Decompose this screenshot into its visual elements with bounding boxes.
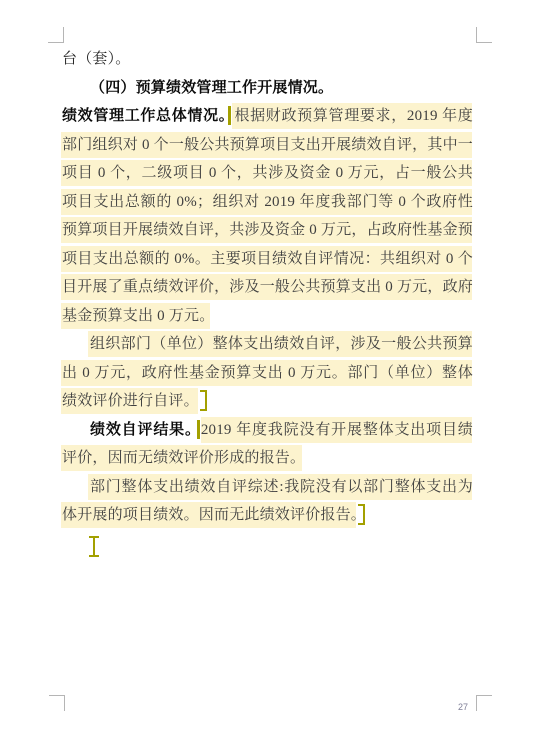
highlight-end-bracket-icon: [200, 390, 207, 411]
text-line[interactable]: 绩效管理工作总体情况。根据财政预算管理要求，2019 年度我: [62, 102, 473, 131]
text-line[interactable]: 部门组织对 0 个一般公共预算项目支出开展绩效自评，其中一级: [62, 131, 473, 160]
highlighted-text-segment: 绩效评价进行自评。: [62, 393, 199, 409]
text-line[interactable]: 绩效评价进行自评。: [62, 387, 473, 416]
text-run: （四）预算绩效管理工作开展情况。: [90, 74, 333, 103]
text-line[interactable]: 部门整体支出绩效自评综述:我院没有以部门整体支出为主: [62, 473, 473, 502]
document-page: 台（套）。（四）预算绩效管理工作开展情况。绩效管理工作总体情况。根据财政预算管理…: [0, 0, 533, 740]
text-run: 评价，因而无绩效评价形成的报告。: [62, 444, 305, 473]
highlighted-text-segment: 评价，因而无绩效评价形成的报告。: [62, 450, 305, 466]
highlight-start-mark-icon: [228, 106, 231, 125]
text-line[interactable]: 项目支出总额的 0%。主要项目绩效自评情况：共组织对 0 个项: [62, 245, 473, 274]
highlighted-text-segment: 项目 0 个，二级项目 0 个，共涉及资金 0 万元，占一般公共预算: [62, 165, 473, 188]
highlighted-text-segment: 基金预算支出 0 万元。: [62, 308, 214, 324]
text-run: 绩效自评结果。2019 年度我院没有开展整体支出项目绩效: [90, 416, 473, 445]
text-run: 体开展的项目绩效。因而无此绩效评价报告。: [62, 501, 366, 530]
highlighted-text-segment: 项目支出总额的 0%；组织对 2019 年度我部门等 0 个政府性基金: [62, 194, 473, 217]
text-run: 预算项目开展绩效自评，共涉及资金 0 万元，占政府性基金预算: [62, 216, 473, 245]
highlighted-text-segment: 部门组织对 0 个一般公共预算项目支出开展绩效自评，其中一级: [62, 137, 473, 160]
highlighted-text-segment: 部门整体支出绩效自评综述:我院没有以部门整体支出为主: [90, 479, 473, 502]
text-boundary-mark-bottom-left: [49, 695, 65, 711]
text-run: 出 0 万元，政府性基金预算支出 0 万元。部门（单位）整体支出: [62, 359, 473, 388]
text-run: 绩效管理工作总体情况。根据财政预算管理要求，2019 年度我: [62, 102, 473, 131]
text-line[interactable]: 台（套）。: [62, 45, 473, 74]
text-line[interactable]: 项目支出总额的 0%；组织对 2019 年度我部门等 0 个政府性基金: [62, 188, 473, 217]
text-run: 项目支出总额的 0%。主要项目绩效自评情况：共组织对 0 个项: [62, 245, 473, 274]
highlighted-text-segment: 目开展了重点绩效评价，涉及一般公共预算支出 0 万元，政府性: [62, 279, 473, 302]
bold-text-segment: 绩效自评结果。: [90, 422, 201, 438]
text-run: 项目支出总额的 0%；组织对 2019 年度我部门等 0 个政府性基金: [62, 188, 473, 217]
i-beam-cursor-icon: [89, 536, 99, 557]
text-run: 组织部门（单位）整体支出绩效自评，涉及一般公共预算支: [90, 330, 473, 359]
text-line[interactable]: 评价，因而无绩效评价形成的报告。: [62, 444, 473, 473]
page-number: 27: [458, 702, 468, 712]
text-line[interactable]: （四）预算绩效管理工作开展情况。: [62, 74, 473, 103]
text-line[interactable]: 组织部门（单位）整体支出绩效自评，涉及一般公共预算支: [62, 330, 473, 359]
text-run: 绩效评价进行自评。: [62, 387, 199, 416]
text-boundary-mark-top-right: [476, 27, 492, 43]
text-line[interactable]: 出 0 万元，政府性基金预算支出 0 万元。部门（单位）整体支出: [62, 359, 473, 388]
text-segment: 台（套）。: [62, 51, 131, 67]
text-run: 项目 0 个，二级项目 0 个，共涉及资金 0 万元，占一般公共预算: [62, 159, 473, 188]
highlighted-text-segment: 出 0 万元，政府性基金预算支出 0 万元。部门（单位）整体支出: [62, 365, 473, 388]
bold-text-segment: （四）预算绩效管理工作开展情况。: [90, 80, 333, 96]
highlight-start-mark-icon: [197, 420, 200, 439]
text-boundary-mark-top-left: [48, 27, 64, 43]
text-boundary-mark-bottom-right: [476, 695, 492, 711]
highlighted-text-segment: 项目支出总额的 0%。主要项目绩效自评情况：共组织对 0 个项: [62, 251, 473, 274]
text-line[interactable]: 预算项目开展绩效自评，共涉及资金 0 万元，占政府性基金预算: [62, 216, 473, 245]
text-line[interactable]: 项目 0 个，二级项目 0 个，共涉及资金 0 万元，占一般公共预算: [62, 159, 473, 188]
text-line[interactable]: 绩效自评结果。2019 年度我院没有开展整体支出项目绩效: [62, 416, 473, 445]
text-line[interactable]: 体开展的项目绩效。因而无此绩效评价报告。: [62, 501, 473, 530]
text-run: 部门整体支出绩效自评综述:我院没有以部门整体支出为主: [90, 473, 473, 502]
highlighted-text-segment: 体开展的项目绩效。因而无此绩效评价报告。: [62, 507, 366, 523]
text-run: 目开展了重点绩效评价，涉及一般公共预算支出 0 万元，政府性: [62, 273, 473, 302]
highlight-end-bracket-icon: [358, 504, 365, 525]
bold-text-segment: 绩效管理工作总体情况。: [62, 108, 234, 124]
text-line[interactable]: 目开展了重点绩效评价，涉及一般公共预算支出 0 万元，政府性: [62, 273, 473, 302]
highlighted-text-segment: 预算项目开展绩效自评，共涉及资金 0 万元，占政府性基金预算: [62, 222, 473, 245]
text-run: 基金预算支出 0 万元。: [62, 302, 214, 331]
highlighted-text-segment: 组织部门（单位）整体支出绩效自评，涉及一般公共预算支: [90, 336, 473, 359]
text-run: 台（套）。: [62, 45, 131, 74]
text-line[interactable]: 基金预算支出 0 万元。: [62, 302, 473, 331]
text-run: 部门组织对 0 个一般公共预算项目支出开展绩效自评，其中一级: [62, 131, 473, 160]
